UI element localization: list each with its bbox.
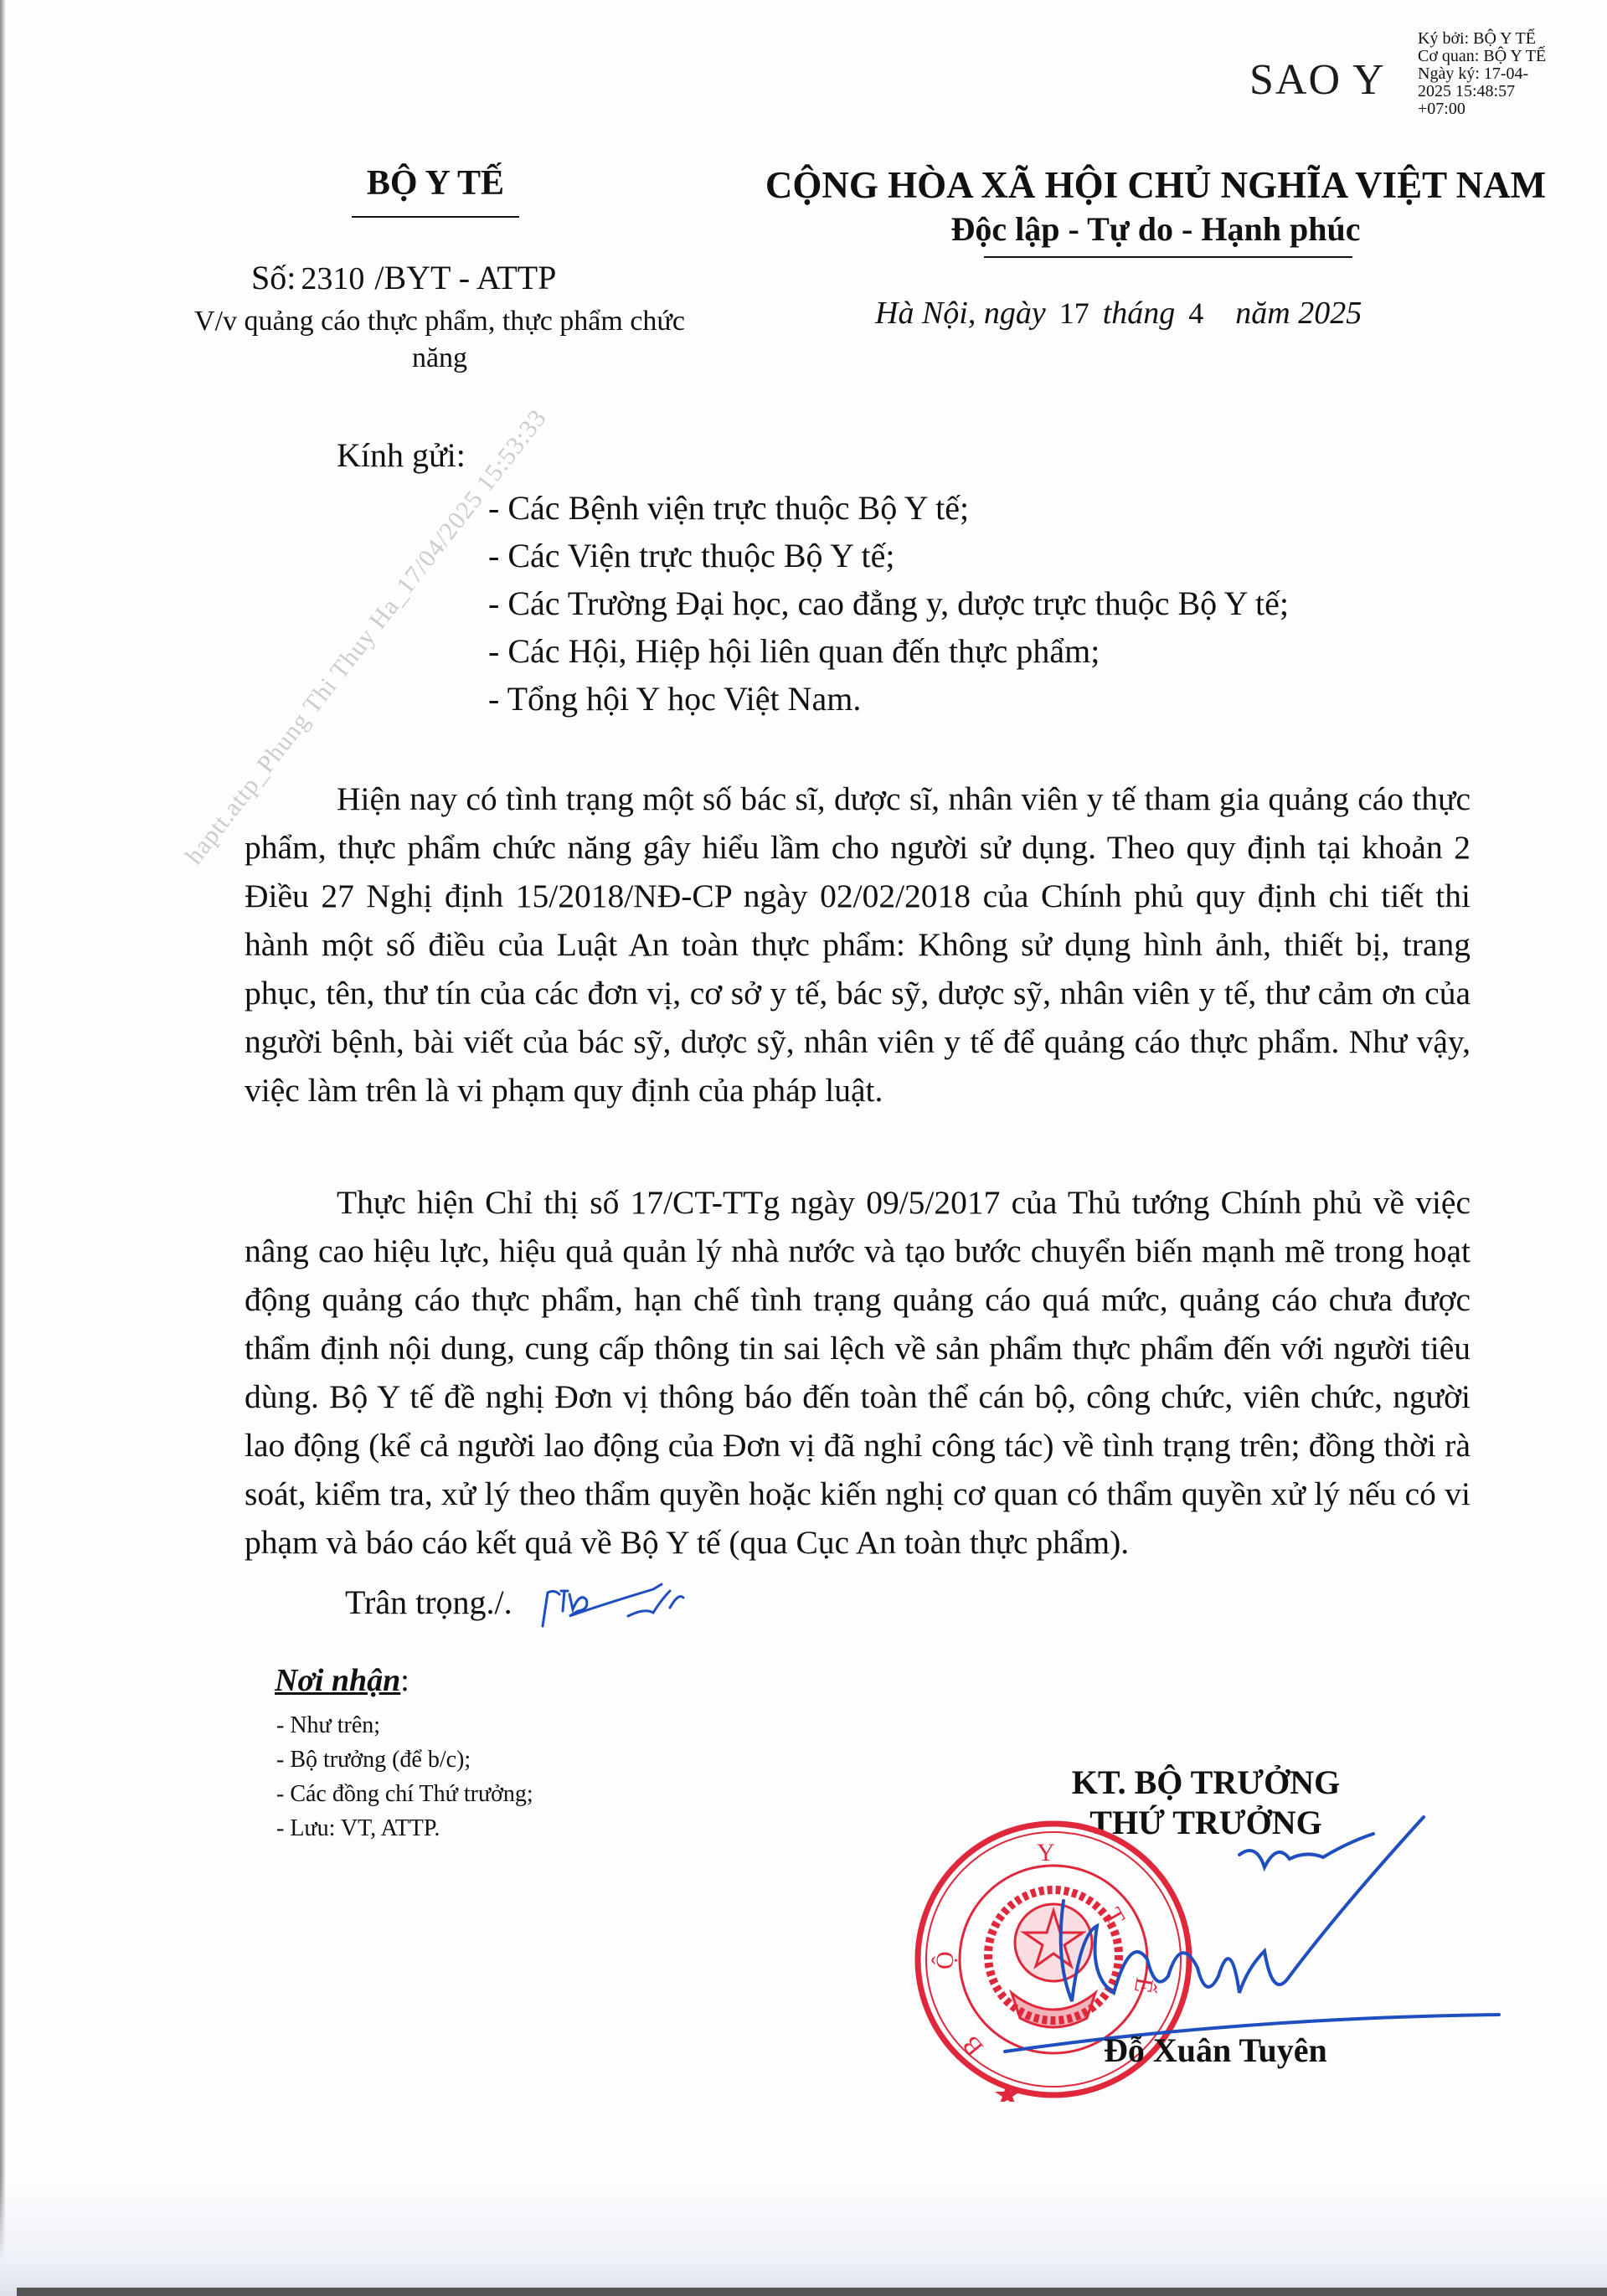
signed-by: Ký bởi: BỘ Y TẾ <box>1418 30 1585 48</box>
closing: Trân trọng./. <box>345 1583 512 1622</box>
doc-number-prefix: Số: <box>251 259 296 296</box>
document-subject: V/v quảng cáo thực phẩm, thực phẩm chức … <box>193 303 687 377</box>
distribution-item: - Các đồng chí Thứ trưởng; <box>276 1777 533 1811</box>
signing-date-line1: Ngày ký: 17-04- <box>1418 65 1585 83</box>
recipient-item: - Các Hội, Hiệp hội liên quan đến thực p… <box>488 627 1289 675</box>
copy-stamp: SAO Y <box>1249 55 1386 105</box>
scan-bottom-edge <box>17 2288 1607 2296</box>
recipients-list: - Các Bệnh viện trực thuộc Bộ Y tế; - Cá… <box>488 484 1289 723</box>
distribution-item: - Bộ trưởng (để b/c); <box>276 1743 533 1777</box>
distribution-item: - Như trên; <box>276 1708 533 1743</box>
document-number: Số:2310/BYT - ATTP <box>251 258 556 297</box>
signature-title-line1: KT. BỘ TRƯỞNG <box>1013 1763 1398 1803</box>
month-value: 4 <box>1188 296 1203 330</box>
scan-shadow <box>0 2179 1607 2296</box>
motto-underline <box>984 256 1352 258</box>
national-motto: Độc lập - Tự do - Hạnh phúc <box>762 209 1549 249</box>
body-paragraph: Hiện nay có tình trạng một số bác sĩ, dư… <box>245 775 1471 1115</box>
agency-underline <box>352 216 519 218</box>
recipient-item: - Tổng hội Y học Việt Nam. <box>488 675 1289 723</box>
svg-text:Ộ: Ộ <box>931 1951 959 1969</box>
national-title: CỘNG HÒA XÃ HỘI CHỦ NGHĨA VIỆT NAM <box>762 163 1549 207</box>
year-label: năm 2025 <box>1235 296 1362 331</box>
doc-number-suffix: /BYT - ATTP <box>374 259 556 296</box>
place-prefix: Hà Nội, ngày <box>875 296 1046 331</box>
distribution-title-text: Nơi nhận <box>275 1663 400 1698</box>
day-value: 17 <box>1059 296 1089 330</box>
signing-date-line3: +07:00 <box>1418 100 1585 118</box>
signer-name: Đỗ Xuân Tuyên <box>1104 2031 1327 2070</box>
distribution-title: Nơi nhận: <box>275 1662 409 1699</box>
distribution-list: - Như trên; - Bộ trưởng (để b/c); - Các … <box>276 1708 533 1846</box>
signing-agency: Cơ quan: BỘ Y TẾ <box>1418 48 1585 65</box>
initials-signature-icon <box>536 1574 737 1633</box>
recipient-item: - Các Bệnh viện trực thuộc Bộ Y tế; <box>488 484 1289 532</box>
signing-date-line2: 2025 15:48:57 <box>1418 83 1585 100</box>
doc-number-value: 2310 <box>301 261 364 296</box>
recipient-item: - Các Trường Đại học, cao đẳng y, dược t… <box>488 579 1289 627</box>
body-paragraph: Thực hiện Chỉ thị số 17/CT-TTg ngày 09/5… <box>245 1178 1471 1567</box>
distribution-title-colon: : <box>400 1663 409 1698</box>
digital-signature-info: Ký bởi: BỘ Y TẾ Cơ quan: BỘ Y TẾ Ngày ký… <box>1418 30 1585 118</box>
scan-left-edge <box>0 0 5 2296</box>
place-date: Hà Nội, ngày17tháng4năm 2025 <box>875 295 1362 332</box>
recipient-item: - Các Viện trực thuộc Bộ Y tế; <box>488 532 1289 579</box>
month-label: tháng <box>1103 296 1176 331</box>
issuing-agency: BỘ Y TẾ <box>360 163 511 203</box>
recipients-label: Kính gửi: <box>337 435 466 475</box>
distribution-item: - Lưu: VT, ATTP. <box>276 1811 533 1846</box>
